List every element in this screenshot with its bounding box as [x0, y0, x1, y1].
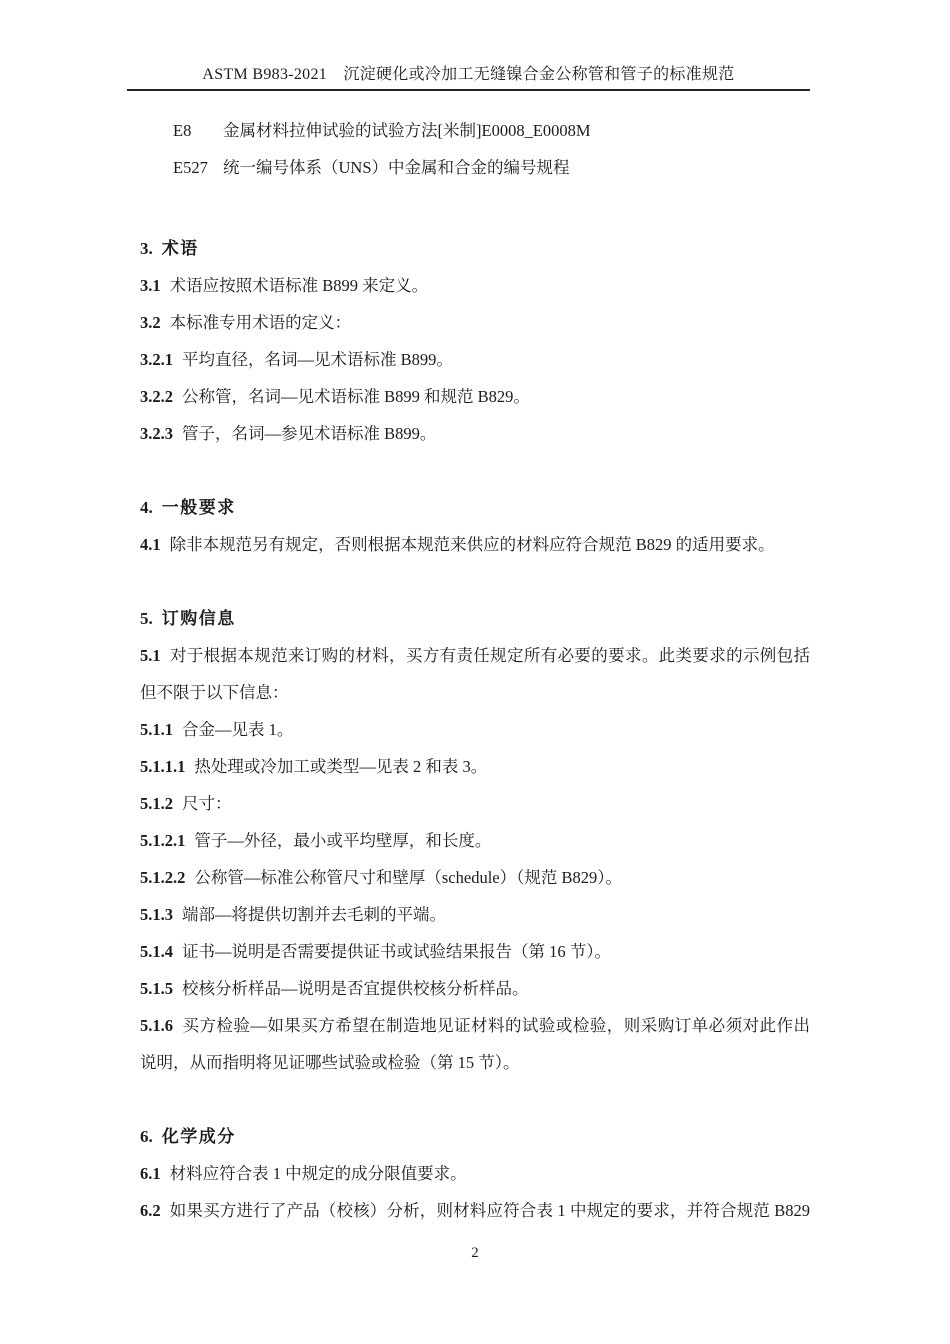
section-4-heading: 4.一般要求	[140, 489, 810, 526]
paragraph-text: 术语应按照术语标准 B899 来定义。	[170, 276, 429, 295]
paragraph-number: 5.1	[140, 646, 161, 665]
section-title: 化学成分	[162, 1127, 236, 1146]
paragraph-number: 3.2.2	[140, 387, 173, 406]
paragraph-number: 5.1.6	[140, 1016, 173, 1035]
paragraph-text: 公称管—标准公称管尺寸和壁厚（schedule）（规范 B829）。	[194, 868, 622, 887]
paragraph-text: 管子—外径，最小或平均壁厚，和长度。	[194, 831, 491, 850]
paragraph-number: 5.1.2	[140, 794, 173, 813]
para-5-1-5: 5.1.5校核分析样品—说明是否宜提供校核分析样品。	[140, 970, 810, 1007]
paragraph-text: 合金—见表 1。	[182, 720, 293, 739]
paragraph-text: 校核分析样品—说明是否宜提供校核分析样品。	[182, 979, 529, 998]
paragraph-text: 平均直径，名词—见术语标准 B899。	[182, 350, 453, 369]
paragraph-number: 5.1.2.1	[140, 831, 185, 850]
section-number: 6.	[140, 1127, 153, 1146]
paragraph-text: 说明，从而指明将见证哪些试验或检验（第 15 节）。	[140, 1053, 520, 1072]
paragraph-number: 3.2.3	[140, 424, 173, 443]
section-6-heading: 6.化学成分	[140, 1118, 810, 1155]
reference-item: E8 金属材料拉伸试验的试验方法[米制]E0008_E0008M	[140, 112, 810, 149]
paragraph-text: 买方检验—如果买方希望在制造地见证材料的试验或检验，则采购订单必须对此作出	[182, 1016, 810, 1035]
paragraph-text: 公称管，名词—见术语标准 B899 和规范 B829。	[182, 387, 530, 406]
reference-item: E527 统一编号体系（UNS）中金属和合金的编号规程	[140, 149, 810, 186]
reference-code: E527	[173, 149, 223, 186]
reference-title: 统一编号体系（UNS）中金属和合金的编号规程	[223, 149, 570, 186]
section-title: 一般要求	[162, 498, 236, 517]
paragraph-text: 管子，名词—参见术语标准 B899。	[182, 424, 436, 443]
section-number: 4.	[140, 498, 153, 517]
paragraph-text: 材料应符合表 1 中规定的成分限值要求。	[170, 1164, 467, 1183]
running-header-title: ASTM B983-2021 沉淀硬化或冷加工无缝镍合金公称管和管子的标准规范	[202, 66, 734, 83]
para-3-1: 3.1术语应按照术语标准 B899 来定义。	[140, 267, 810, 304]
para-3-2-3: 3.2.3管子，名词—参见术语标准 B899。	[140, 415, 810, 452]
para-5-1-3: 5.1.3端部—将提供切割并去毛刺的平端。	[140, 896, 810, 933]
para-5-1-1: 5.1.1合金—见表 1。	[140, 711, 810, 748]
para-4-1: 4.1除非本规范另有规定，否则根据本规范来供应的材料应符合规范 B829 的适用…	[140, 526, 810, 563]
para-5-1-continuation: 但不限于以下信息：	[140, 674, 810, 711]
paragraph-number: 5.1.5	[140, 979, 173, 998]
paragraph-number: 5.1.1	[140, 720, 173, 739]
paragraph-text: 对于根据本规范来订购的材料，买方有责任规定所有必要的要求。此类要求的示例包括	[170, 646, 810, 665]
paragraph-number: 6.1	[140, 1164, 161, 1183]
document-page: ASTM B983-2021 沉淀硬化或冷加工无缝镍合金公称管和管子的标准规范 …	[0, 0, 950, 1344]
paragraph-text: 证书—说明是否需要提供证书或试验结果报告（第 16 节）。	[182, 942, 611, 961]
paragraph-text: 尺寸：	[182, 794, 232, 813]
paragraph-number: 3.1	[140, 276, 161, 295]
paragraph-number: 6.2	[140, 1201, 161, 1220]
paragraph-text: 除非本规范另有规定，否则根据本规范来供应的材料应符合规范 B829 的适用要求。	[170, 535, 775, 554]
para-5-1-2-2: 5.1.2.2公称管—标准公称管尺寸和壁厚（schedule）（规范 B829）…	[140, 859, 810, 896]
document-body: E8 金属材料拉伸试验的试验方法[米制]E0008_E0008M E527 统一…	[140, 112, 810, 1229]
section-title: 订购信息	[162, 609, 236, 628]
para-5-1-1-1: 5.1.1.1热处理或冷加工或类型—见表 2 和表 3。	[140, 748, 810, 785]
section-title: 术语	[162, 239, 199, 258]
paragraph-number: 5.1.4	[140, 942, 173, 961]
para-5-1-4: 5.1.4证书—说明是否需要提供证书或试验结果报告（第 16 节）。	[140, 933, 810, 970]
section-3-heading: 3.术语	[140, 230, 810, 267]
para-5-1-6-continuation: 说明，从而指明将见证哪些试验或检验（第 15 节）。	[140, 1044, 810, 1081]
para-3-2: 3.2本标准专用术语的定义：	[140, 304, 810, 341]
para-3-2-1: 3.2.1平均直径，名词—见术语标准 B899。	[140, 341, 810, 378]
para-6-2: 6.2如果买方进行了产品（校核）分析，则材料应符合表 1 中规定的要求，并符合规…	[140, 1192, 810, 1229]
para-3-2-2: 3.2.2公称管，名词—见术语标准 B899 和规范 B829。	[140, 378, 810, 415]
section-number: 5.	[140, 609, 153, 628]
paragraph-text: 但不限于以下信息：	[140, 683, 289, 702]
paragraph-number: 3.2.1	[140, 350, 173, 369]
para-6-1: 6.1材料应符合表 1 中规定的成分限值要求。	[140, 1155, 810, 1192]
paragraph-number: 5.1.1.1	[140, 757, 185, 776]
paragraph-text: 如果买方进行了产品（校核）分析，则材料应符合表 1 中规定的要求，并符合规范 B…	[170, 1201, 810, 1220]
paragraph-text: 热处理或冷加工或类型—见表 2 和表 3。	[194, 757, 487, 776]
paragraph-number: 3.2	[140, 313, 161, 332]
para-5-1-2: 5.1.2尺寸：	[140, 785, 810, 822]
para-5-1-2-1: 5.1.2.1管子—外径，最小或平均壁厚，和长度。	[140, 822, 810, 859]
paragraph-number: 5.1.3	[140, 905, 173, 924]
paragraph-text: 本标准专用术语的定义：	[170, 313, 352, 332]
page-header: ASTM B983-2021 沉淀硬化或冷加工无缝镍合金公称管和管子的标准规范	[127, 64, 810, 91]
paragraph-number: 5.1.2.2	[140, 868, 185, 887]
section-number: 3.	[140, 239, 153, 258]
para-5-1: 5.1对于根据本规范来订购的材料，买方有责任规定所有必要的要求。此类要求的示例包…	[140, 637, 810, 674]
page-number: 2	[0, 1243, 950, 1263]
paragraph-text: 端部—将提供切割并去毛刺的平端。	[182, 905, 446, 924]
para-5-1-6: 5.1.6买方检验—如果买方希望在制造地见证材料的试验或检验，则采购订单必须对此…	[140, 1007, 810, 1044]
section-5-heading: 5.订购信息	[140, 600, 810, 637]
paragraph-number: 4.1	[140, 535, 161, 554]
reference-code: E8	[173, 112, 223, 149]
reference-title: 金属材料拉伸试验的试验方法[米制]E0008_E0008M	[223, 112, 591, 149]
